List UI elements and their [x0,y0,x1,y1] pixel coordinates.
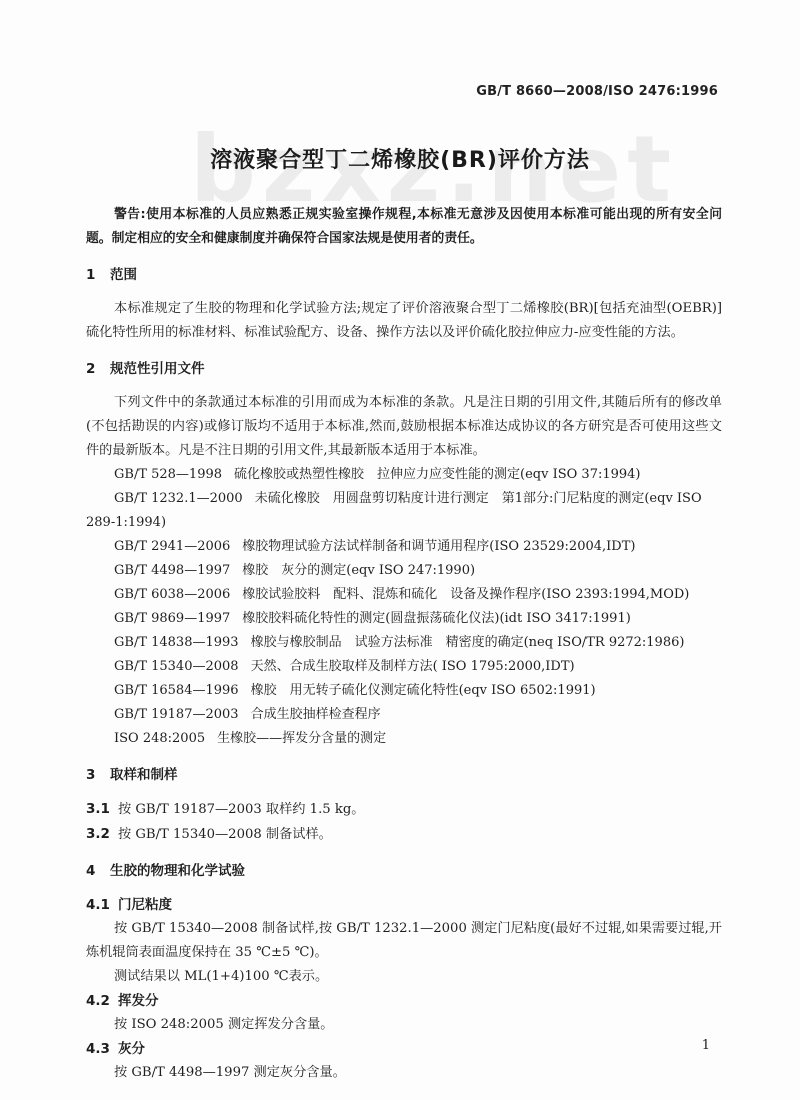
document-body: 警告:使用本标准的人员应熟悉正规实验室操作规程,本标准无意涉及因使用本标准可能出… [86,203,722,1085]
reference-item: ISO 248:2005生橡胶——挥发分含量的测定 [86,727,722,751]
section-title: 规范性引用文件 [110,361,205,377]
reference-title: 硫化橡胶或热塑性橡胶 拉伸应力应变性能的测定(eqv ISO 37:1994) [234,467,640,482]
reference-item: GB/T 9869—1997橡胶胶料硫化特性的测定(圆盘振荡硫化仪法)(idt … [86,607,722,631]
reference-item: GB/T 2941—2006橡胶物理试验方法试样制备和调节通用程序(ISO 23… [86,535,722,559]
reference-code: GB/T 4498—1997 [114,563,230,578]
reference-title: 橡胶试验胶料 配料、混炼和硫化 设备及操作程序(ISO 2393:1994,MO… [242,587,689,602]
reference-item: GB/T 528—1998硫化橡胶或热塑性橡胶 拉伸应力应变性能的测定(eqv … [86,463,722,487]
subsection-4-3-heading: 4.3灰分 [86,1037,722,1061]
reference-item: GB/T 1232.1—2000未硫化橡胶 用圆盘剪切粘度计进行测定 第1部分:… [86,487,722,535]
subsection-4-2-body: 按 ISO 248:2005 测定挥发分含量。 [86,1013,722,1037]
warning-paragraph: 警告:使用本标准的人员应熟悉正规实验室操作规程,本标准无意涉及因使用本标准可能出… [86,203,722,251]
reference-title: 橡胶物理试验方法试样制备和调节通用程序(ISO 23529:2004,IDT) [242,539,635,554]
section-1-heading: 1范围 [86,263,722,287]
reference-title: 橡胶 用无转子硫化仪测定硫化特性(eqv ISO 6502:1991) [251,683,596,698]
subsection-title: 门尼粘度 [118,897,172,913]
reference-title: 橡胶 灰分的测定(eqv ISO 247:1990) [242,563,475,578]
section-4-heading: 4生胶的物理和化学试验 [86,859,722,883]
subsection-number: 4.1 [86,893,118,917]
clause-3-1: 3.1按 GB/T 19187—2003 取样约 1.5 kg。 [86,797,722,822]
subsection-number: 4.2 [86,989,118,1013]
reference-item: GB/T 6038—2006橡胶试验胶料 配料、混炼和硫化 设备及操作程序(IS… [86,583,722,607]
reference-code: GB/T 528—1998 [114,467,222,482]
section-number: 3 [86,763,110,787]
document-page: GB/T 8660—2008/ISO 2476:1996 bzxz.net 溶液… [0,0,800,1100]
reference-title: 合成生胶抽样检查程序 [251,707,381,722]
subsection-4-1-body: 按 GB/T 15340—2008 制备试样,按 GB/T 1232.1—200… [86,917,722,965]
subsection-4-2-heading: 4.2挥发分 [86,989,722,1013]
section-3-heading: 3取样和制样 [86,763,722,787]
reference-list: GB/T 528—1998硫化橡胶或热塑性橡胶 拉伸应力应变性能的测定(eqv … [86,463,722,751]
section-number: 4 [86,859,110,883]
clause-text: 按 GB/T 15340—2008 制备试样。 [118,827,332,842]
section-2-body: 下列文件中的条款通过本标准的引用而成为本标准的条款。凡是注日期的引用文件,其随后… [86,391,722,463]
section-number: 1 [86,263,110,287]
clause-number: 3.1 [86,797,118,821]
reference-code: GB/T 1232.1—2000 [114,491,243,506]
reference-code: ISO 248:2005 [114,731,205,746]
document-title: 溶液聚合型丁二烯橡胶(BR)评价方法 [0,143,800,174]
subsection-title: 灰分 [118,1041,145,1057]
reference-item: GB/T 14838—1993橡胶与橡胶制品 试验方法标准 精密度的确定(neq… [86,631,722,655]
reference-code: GB/T 14838—1993 [114,635,239,650]
reference-title: 天然、合成生胶取样及制样方法( ISO 1795:2000,IDT) [251,659,575,674]
section-1-body: 本标准规定了生胶的物理和化学试验方法;规定了评价溶液聚合型丁二烯橡胶(BR)[包… [86,297,722,345]
reference-title: 生橡胶——挥发分含量的测定 [217,731,386,746]
section-title: 取样和制样 [110,767,178,783]
reference-code: GB/T 6038—2006 [114,587,230,602]
reference-item: GB/T 19187—2003合成生胶抽样检查程序 [86,703,722,727]
reference-code: GB/T 16584—1996 [114,683,239,698]
section-2-heading: 2规范性引用文件 [86,357,722,381]
clause-number: 3.2 [86,822,118,846]
section-number: 2 [86,357,110,381]
clause-3-2: 3.2按 GB/T 15340—2008 制备试样。 [86,822,722,847]
subsection-4-1-heading: 4.1门尼粘度 [86,893,722,917]
reference-code: GB/T 2941—2006 [114,539,230,554]
section-title: 范围 [110,267,137,283]
subsection-title: 挥发分 [118,993,159,1009]
reference-code: GB/T 9869—1997 [114,611,230,626]
clause-text: 按 GB/T 19187—2003 取样约 1.5 kg。 [118,802,364,817]
subsection-4-3-body: 按 GB/T 4498—1997 测定灰分含量。 [86,1061,722,1085]
reference-item: GB/T 15340—2008天然、合成生胶取样及制样方法( ISO 1795:… [86,655,722,679]
subsection-4-1-result: 测试结果以 ML(1+4)100 ℃表示。 [86,965,722,989]
subsection-number: 4.3 [86,1037,118,1061]
reference-item: GB/T 4498—1997橡胶 灰分的测定(eqv ISO 247:1990) [86,559,722,583]
reference-code: GB/T 15340—2008 [114,659,239,674]
reference-code: GB/T 19187—2003 [114,707,239,722]
standard-code: GB/T 8660—2008/ISO 2476:1996 [476,84,718,99]
reference-item: GB/T 16584—1996橡胶 用无转子硫化仪测定硫化特性(eqv ISO … [86,679,722,703]
section-title: 生胶的物理和化学试验 [110,863,245,879]
reference-title: 橡胶胶料硫化特性的测定(圆盘振荡硫化仪法)(idt ISO 3417:1991) [242,611,631,626]
reference-title: 橡胶与橡胶制品 试验方法标准 精密度的确定(neq ISO/TR 9272:19… [251,635,685,650]
